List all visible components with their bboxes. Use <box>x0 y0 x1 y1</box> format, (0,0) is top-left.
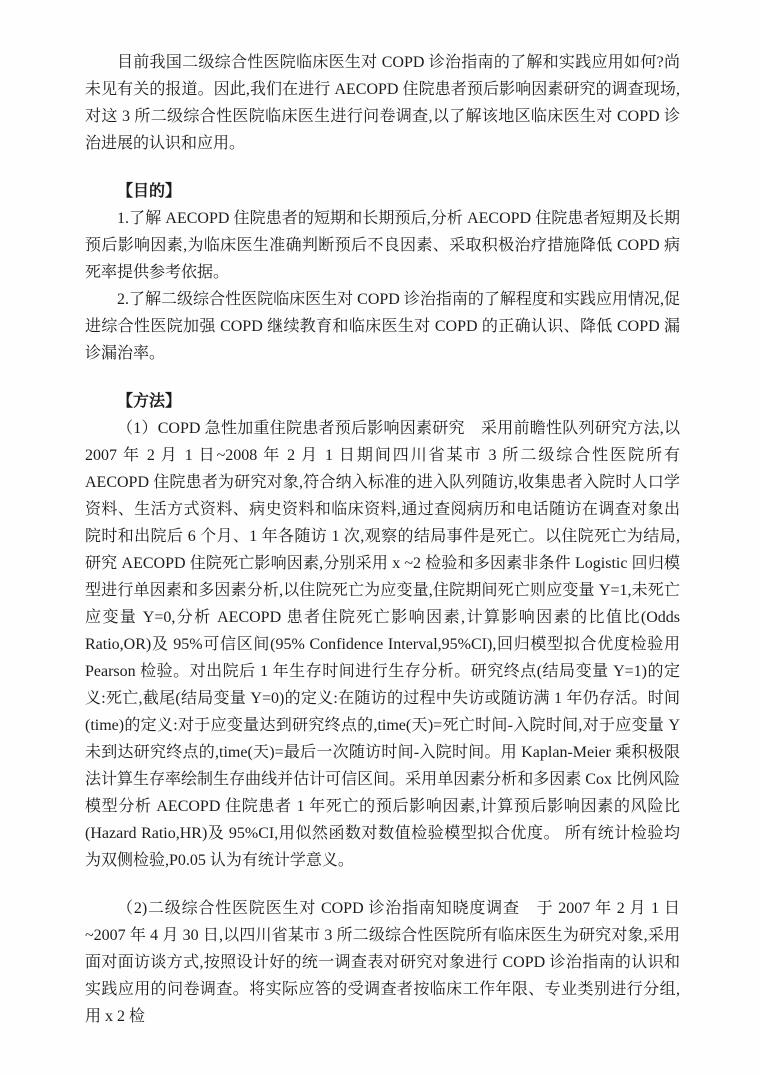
objective-item-2: 2.了解二级综合性医院临床医生对 COPD 诊治指南的了解程度和实践应用情况,促… <box>85 286 680 367</box>
objective-item-1: 1.了解 AECOPD 住院患者的短期和长期预后,分析 AECOPD 住院患者短… <box>85 205 680 286</box>
section-heading-objective: 【目的】 <box>85 178 680 205</box>
document-content: 目前我国二级综合性医院临床医生对 COPD 诊治指南的了解和实践应用如何?尚未见… <box>85 49 680 1030</box>
methods-part-2: （2)二级综合性医院医生对 COPD 诊治指南知晓度调查 于 2007 年 2 … <box>85 895 680 1030</box>
intro-paragraph: 目前我国二级综合性医院临床医生对 COPD 诊治指南的了解和实践应用如何?尚未见… <box>85 49 680 157</box>
section-heading-methods: 【方法】 <box>85 388 680 415</box>
methods-part-1: （1）COPD 急性加重住院患者预后影响因素研究 采用前瞻性队列研究方法,以 2… <box>85 415 680 874</box>
document-page: 目前我国二级综合性医院临床医生对 COPD 诊治指南的了解和实践应用如何?尚未见… <box>0 0 760 1075</box>
